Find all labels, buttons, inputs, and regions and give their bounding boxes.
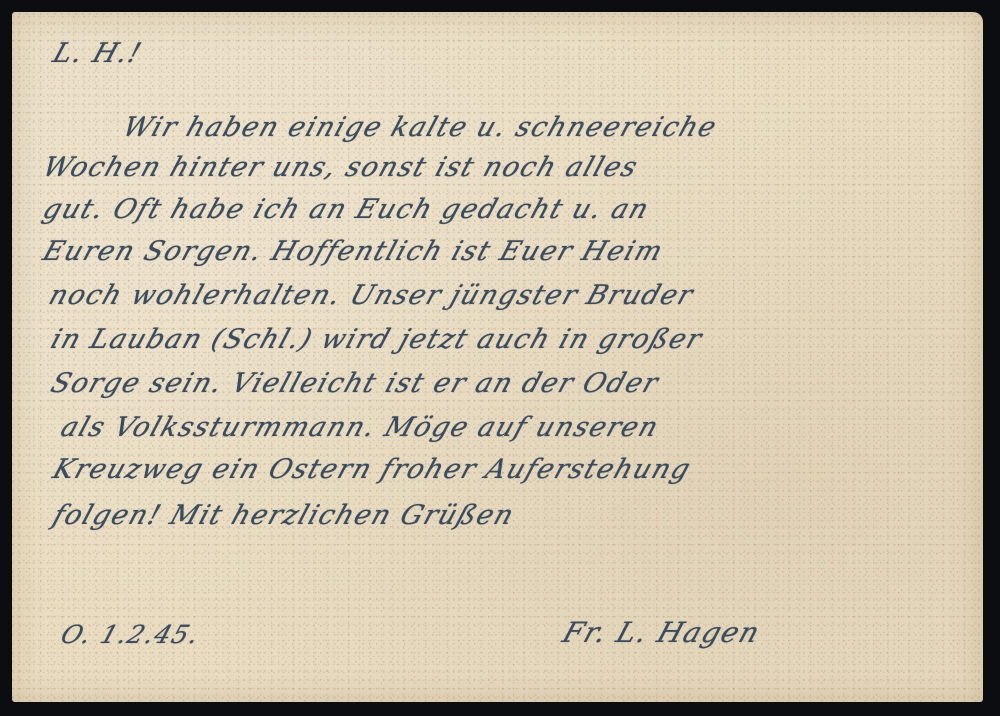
salutation: L. H.! [49,38,146,69]
body-line-7: Sorge sein. Vielleicht ist er an der Ode… [47,368,663,399]
postcard: L. H.! Wir haben einige kalte u. schneer… [12,12,983,702]
body-line-4: Euren Sorgen. Hoffentlich ist Euer Heim [39,236,668,267]
body-line-5: noch wohlerhalten. Unser jüngster Bruder [45,280,698,311]
body-line-2: Wochen hinter uns, sonst ist noch alles [39,152,642,183]
body-line-8: als Volkssturmmann. Möge auf unseren [57,412,663,443]
body-line-10: folgen! Mit herzlichen Grüßen [49,500,519,531]
signature: Fr. L. Hagen [559,616,765,649]
date: O. 1.2.45. [57,620,204,649]
body-line-6: in Lauban (Schl.) wird jetzt auch in gro… [47,324,707,355]
body-line-9: Kreuzweg ein Ostern froher Auferstehung [49,454,695,485]
body-line-3: gut. Oft habe ich an Euch gedacht u. an [39,194,654,225]
body-line-1: Wir haben einige kalte u. schneereiche [119,112,721,143]
